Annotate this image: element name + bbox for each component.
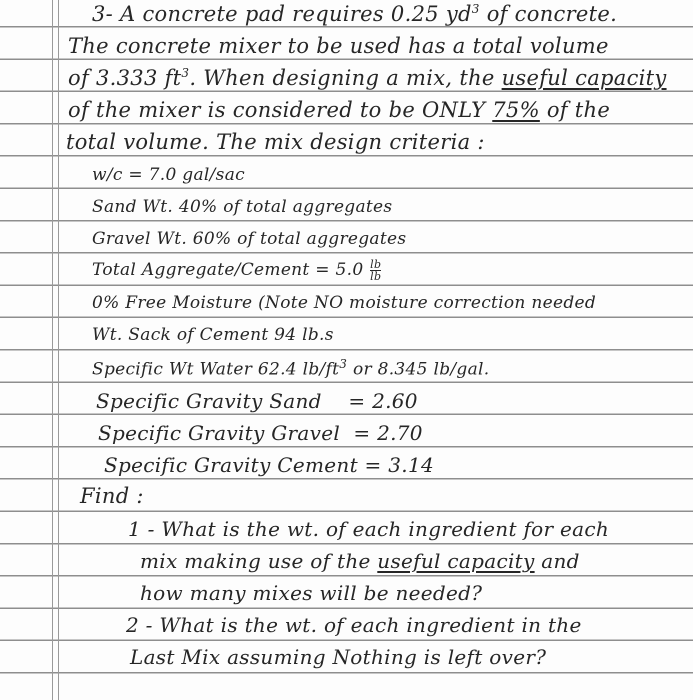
ratio-units: lb lb — [370, 259, 381, 282]
criteria-aggregate-cement-ratio: Total Aggregate/Cement = 5.0 lb lb — [92, 259, 381, 282]
criteria-free-moisture: 0% Free Moisture (Note NO moisture corre… — [92, 293, 596, 313]
problem-statement-line-1: 3- A concrete pad requires 0.25 yd3 of c… — [92, 2, 617, 26]
criteria-sg-cement: Specific Gravity Cement = 3.14 — [104, 453, 434, 477]
question-1-line-1: 1 - What is the wt. of each ingredient f… — [128, 517, 609, 541]
criteria-sand-weight: Sand Wt. 40% of total aggregates — [92, 197, 392, 217]
useful-capacity-underlined: useful capacity — [502, 66, 667, 90]
question-1-line-3: how many mixes will be needed? — [140, 581, 482, 605]
useful-capacity-underlined: useful capacity — [377, 549, 534, 573]
criteria-gravel-weight: Gravel Wt. 60% of total aggregates — [92, 229, 406, 249]
problem-statement-line-4: of the mixer is considered to be ONLY 75… — [68, 98, 610, 122]
percent-underlined: 75% — [492, 98, 540, 122]
ruled-paper: 3- A concrete pad requires 0.25 yd3 of c… — [0, 0, 693, 700]
margin-line — [52, 0, 53, 700]
find-label: Find : — [80, 484, 144, 508]
question-2-line-1: 2 - What is the wt. of each ingredient i… — [126, 613, 582, 637]
problem-statement-line-3: of 3.333 ft3. When designing a mix, the … — [68, 66, 667, 90]
problem-statement-line-2: The concrete mixer to be used has a tota… — [68, 34, 609, 58]
criteria-sg-gravel: Specific Gravity Gravel = 2.70 — [98, 421, 423, 445]
criteria-sg-sand: Specific Gravity Sand = 2.60 — [96, 389, 418, 413]
question-2-line-2: Last Mix assuming Nothing is left over? — [130, 645, 546, 669]
question-1-line-2: mix making use of the useful capacity an… — [140, 549, 580, 573]
criteria-cement-sack-weight: Wt. Sack of Cement 94 lb.s — [92, 325, 334, 345]
problem-statement-line-5: total volume. The mix design criteria : — [66, 130, 485, 154]
problem-number: 3- — [92, 2, 113, 26]
margin-line — [58, 0, 59, 700]
criteria-specific-weight-water: Specific Wt Water 62.4 lb/ft3 or 8.345 l… — [92, 357, 489, 380]
criteria-water-cement: w/c = 7.0 gal/sac — [92, 165, 245, 185]
